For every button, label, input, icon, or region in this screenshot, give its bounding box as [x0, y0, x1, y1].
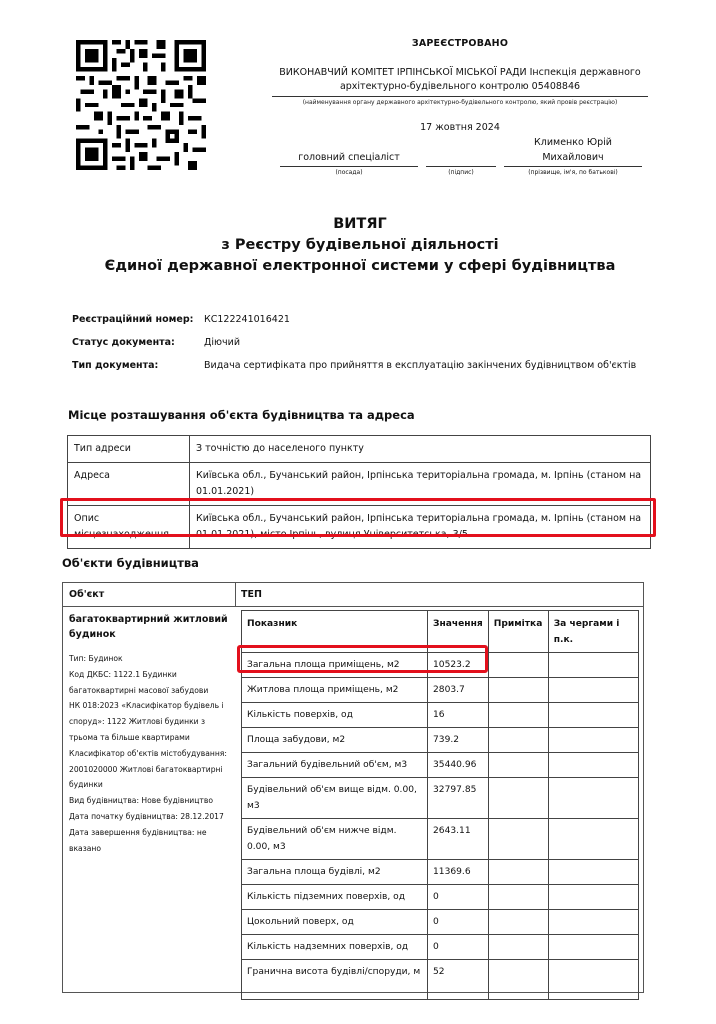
tep-indicator: Кількість надземних поверхів, од [242, 935, 428, 960]
tep-note [488, 778, 548, 819]
object-description: багатоквартирний житловий будинок Тип: Б… [69, 612, 235, 856]
tep-note [488, 860, 548, 885]
tep-note [488, 703, 548, 728]
tep-queue [548, 753, 638, 778]
tep-queue [548, 778, 638, 819]
registration-organization: ВИКОНАВЧИЙ КОМІТЕТ ІРПІНСЬКОЇ МІСЬКОЇ РА… [272, 66, 648, 97]
object-detail-construction-kind: Вид будівництва: Нове будівництво [69, 793, 235, 809]
tep-queue [548, 703, 638, 728]
tep-note [488, 910, 548, 935]
name-caption: (прізвище, ім'я, по батькові) [504, 169, 642, 176]
tep-note [488, 728, 548, 753]
tep-indicator: Будівельний об'єм вище відм. 0.00, м3 [242, 778, 428, 819]
object-detail-classifier: Класифікатор об'єктів містобудування: 20… [69, 746, 235, 793]
tep-value: 739.2 [428, 728, 489, 753]
title-line-1: ВИТЯГ [60, 214, 660, 234]
tep-queue [548, 885, 638, 910]
table-row: Площа забудови, м2 739.2 [242, 728, 639, 753]
address-key: Тип адреси [68, 436, 190, 463]
tep-queue [548, 935, 638, 960]
registration-block: ЗАРЕЄСТРОВАНО ВИКОНАВЧИЙ КОМІТЕТ ІРПІНСЬ… [272, 38, 648, 133]
meta-value: КС122241016421 [204, 314, 672, 325]
object-detail-end-date: Дата завершення будівництва: не вказано [69, 825, 235, 857]
table-row: Загальна площа будівлі, м2 11369.6 [242, 860, 639, 885]
registered-title: ЗАРЕЄСТРОВАНО [272, 38, 648, 49]
tep-indicator: Загальна площа будівлі, м2 [242, 860, 428, 885]
column-header-tep: ТЕП [241, 589, 262, 600]
meta-row-status: Статус документа: Діючий [72, 331, 672, 354]
tep-note [488, 885, 548, 910]
table-row: Цокольний поверх, од 0 [242, 910, 639, 935]
object-detail-start-date: Дата початку будівництва: 28.12.2017 [69, 809, 235, 825]
tep-note [488, 653, 548, 678]
tep-queue [548, 678, 638, 703]
tep-value: 52 [428, 960, 489, 1000]
objects-table-header: Об'єкт ТЕП [63, 583, 643, 607]
name-field: Клименко Юрій Михайлович (прізвище, ім'я… [504, 135, 642, 176]
document-meta: Реєстраційний номер: КС122241016421 Стат… [72, 308, 672, 377]
organization-caption: (найменування органу державного архітект… [272, 99, 648, 106]
tep-indicator: Загальний будівельний об'єм, м3 [242, 753, 428, 778]
tep-header-queue: За чергами і п.к. [548, 611, 638, 653]
tep-value: 0 [428, 885, 489, 910]
name-value: Клименко Юрій Михайлович [504, 135, 642, 167]
column-header-object: Об'єкт [69, 589, 104, 600]
meta-label: Статус документа: [72, 337, 204, 348]
meta-row-document-type: Тип документа: Видача сертифіката про пр… [72, 354, 672, 377]
meta-value: Діючий [204, 337, 672, 348]
tep-indicator: Будівельний об'єм нижче відм. 0.00, м3 [242, 819, 428, 860]
object-details: Тип: Будинок Код ДКБС: 1122.1 Будинки ба… [69, 651, 235, 856]
tep-value: 16 [428, 703, 489, 728]
tep-note [488, 753, 548, 778]
object-detail-nk: НК 018:2023 «Класифікатор будівель і спо… [69, 698, 235, 745]
highlight-box-total-area [237, 645, 488, 673]
address-value: З точністю до населеного пункту [190, 436, 651, 463]
signature-field: (підпис) [426, 150, 496, 176]
tep-header-note: Примітка [488, 611, 548, 653]
tep-value: 0 [428, 935, 489, 960]
registration-date: 17 жовтня 2024 [272, 122, 648, 133]
tep-value: 0 [428, 910, 489, 935]
table-row: Кількість поверхів, од 16 [242, 703, 639, 728]
table-row: Гранична висота будівлі/споруди, м 52 [242, 960, 639, 1000]
tep-note [488, 678, 548, 703]
highlight-box-location [60, 498, 656, 537]
table-row: Тип адреси З точністю до населеного пунк… [68, 436, 651, 463]
tep-value: 11369.6 [428, 860, 489, 885]
tep-value: 32797.85 [428, 778, 489, 819]
table-row: Будівельний об'єм вище відм. 0.00, м3 32… [242, 778, 639, 819]
table-row: Кількість підземних поверхів, од 0 [242, 885, 639, 910]
tep-queue [548, 728, 638, 753]
tep-value: 35440.96 [428, 753, 489, 778]
title-line-2: з Реєстру будівельної діяльності [60, 235, 660, 255]
tep-note [488, 819, 548, 860]
tep-note [488, 960, 548, 1000]
tep-queue [548, 910, 638, 935]
tep-queue [548, 960, 638, 1000]
meta-label: Реєстраційний номер: [72, 314, 204, 325]
tep-value: 2643.11 [428, 819, 489, 860]
tep-indicator: Цокольний поверх, од [242, 910, 428, 935]
position-field: головний спеціаліст (посада) [280, 150, 418, 176]
table-row: Загальний будівельний об'єм, м3 35440.96 [242, 753, 639, 778]
tep-note [488, 935, 548, 960]
object-detail-type: Тип: Будинок [69, 651, 235, 667]
table-row: Кількість надземних поверхів, од 0 [242, 935, 639, 960]
tep-indicator: Житлова площа приміщень, м2 [242, 678, 428, 703]
tep-indicator: Кількість підземних поверхів, од [242, 885, 428, 910]
object-detail-dkbs: Код ДКБС: 1122.1 Будинки багатоквартирні… [69, 667, 235, 699]
tep-indicator: Кількість поверхів, од [242, 703, 428, 728]
signature-caption: (підпис) [426, 169, 496, 176]
position-caption: (посада) [280, 169, 418, 176]
tep-indicator: Площа забудови, м2 [242, 728, 428, 753]
position-value: головний спеціаліст [280, 150, 418, 167]
tep-value: 2803.7 [428, 678, 489, 703]
meta-label: Тип документа: [72, 360, 204, 371]
title-line-3: Єдиної державної електронної системи у с… [60, 256, 660, 276]
meta-row-registration-number: Реєстраційний номер: КС122241016421 [72, 308, 672, 331]
qr-code-icon [76, 40, 206, 170]
location-heading: Місце розташування об'єкта будівництва т… [68, 408, 415, 422]
table-row: Будівельний об'єм нижче відм. 0.00, м3 2… [242, 819, 639, 860]
tep-indicator: Гранична висота будівлі/споруди, м [242, 960, 428, 1000]
document-title: ВИТЯГ з Реєстру будівельної діяльності Є… [60, 214, 660, 276]
tep-queue [548, 860, 638, 885]
objects-heading: Об'єкти будівництва [62, 556, 199, 570]
column-divider [235, 583, 236, 607]
tep-queue [548, 819, 638, 860]
meta-value: Видача сертифіката про прийняття в експл… [204, 360, 672, 371]
signature-value [426, 150, 496, 167]
signature-row: головний спеціаліст (посада) (підпис) Кл… [272, 136, 648, 176]
object-name: багатоквартирний житловий будинок [69, 612, 235, 642]
tep-queue [548, 653, 638, 678]
table-row: Житлова площа приміщень, м2 2803.7 [242, 678, 639, 703]
